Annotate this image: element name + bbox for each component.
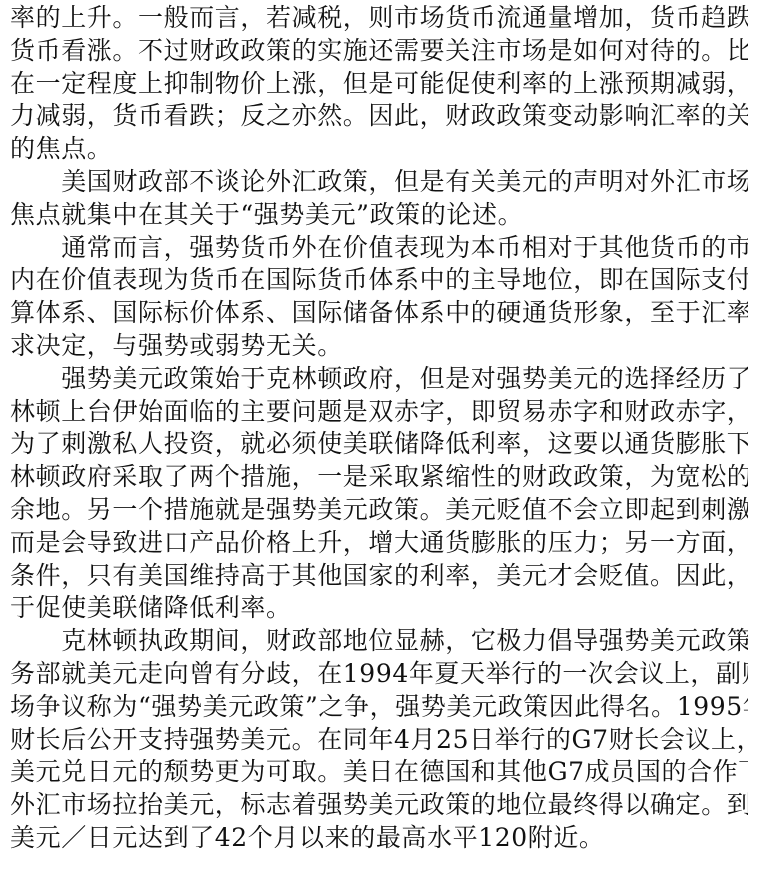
text-line: 财长后公开支持强势美元。在同年4月25日举行的G7财长会议上，鲁宾宣称扭转 (10, 724, 748, 757)
text-line: 的焦点。 (10, 133, 748, 166)
text-line: 而是会导致进口产品价格上升，增大通货膨胀的压力；另一方面，根据利率平价 (10, 527, 748, 560)
text-line: 焦点就集中在其关于“强势美元”政策的论述。 (10, 199, 748, 232)
text-line: 内在价值表现为货币在国际货币体系中的主导地位，即在国际支付体系、国际清 (10, 264, 748, 297)
text-line: 通常而言，强势货币外在价值表现为本币相对于其他货币的市场汇率升贬， (10, 232, 748, 265)
text-line: 林顿政府采取了两个措施，一是采取紧缩性的财政政策，为宽松的货币政策留下 (10, 461, 748, 494)
text-line: 条件，只有美国维持高于其他国家的利率，美元才会贬值。因此，弱势美元不利 (10, 560, 748, 593)
text-line: 外汇市场拉抬美元，标志着强势美元政策的地位最终得以确定。到 1996年11月， (10, 789, 748, 822)
text-line: 余地。另一个措施就是强势美元政策。美元贬值不会立即起到刺激出口的作用， (10, 494, 748, 527)
text-line: 力减弱，货币看跌；反之亦然。因此，财政政策变动影响汇率的关键是关注市场 (10, 100, 748, 133)
text-line: 货币看涨。不过财政政策的实施还需要关注市场是如何对待的。比如增税可能会 (10, 35, 748, 68)
text-line: 为了刺激私人投资，就必须使美联储降低利率，这要以通货膨胀下降为前提。克 (10, 428, 748, 461)
text-line: 克林顿执政期间，财政部地位显赫，它极力倡导强势美元政策。财政部与商 (10, 625, 748, 658)
text-line: 务部就美元走向曾有分歧，在1994年夏天举行的一次会议上，副财长阿特曼将这 (10, 658, 748, 691)
paragraph-5: 克林顿执政期间，财政部地位显赫，它极力倡导强势美元政策。财政部与商 务部就美元走… (10, 625, 748, 855)
paragraph-4: 强势美元政策始于克林顿政府，但是对强势美元的选择经历了一个过程。克 林顿上台伊始… (10, 363, 748, 625)
document-page: 率的上升。一般而言，若减税，则市场货币流通量增加，货币趋跌；若增税，则 货币看涨… (10, 2, 748, 855)
text-line: 算体系、国际标价体系、国际储备体系中的硬通货形象，至于汇率升跌是市场需 (10, 297, 748, 330)
text-line: 求决定，与强势或弱势无关。 (10, 330, 748, 363)
text-line: 于促使美联储降低利率。 (10, 592, 748, 625)
paragraph-3: 通常而言，强势货币外在价值表现为本币相对于其他货币的市场汇率升贬， 内在价值表现… (10, 232, 748, 363)
text-line: 率的上升。一般而言，若减税，则市场货币流通量增加，货币趋跌；若增税，则 (10, 2, 748, 35)
paragraph-1: 率的上升。一般而言，若减税，则市场货币流通量增加，货币趋跌；若增税，则 货币看涨… (10, 2, 748, 166)
text-line: 在一定程度上抑制物价上涨，但是可能促使利率的上涨预期减弱，导致货币吸引 (10, 68, 748, 101)
text-line: 美元兑日元的颓势更为可取。美日在德国和其他G7成员国的合作下，联手干预 (10, 756, 748, 789)
text-line: 强势美元政策始于克林顿政府，但是对强势美元的选择经历了一个过程。克 (10, 363, 748, 396)
paragraph-2: 美国财政部不谈论外汇政策，但是有关美元的声明对外汇市场有重要影响， 焦点就集中在… (10, 166, 748, 232)
text-line: 美元／日元达到了42个月以来的最高水平120附近。 (10, 822, 748, 855)
text-line: 美国财政部不谈论外汇政策，但是有关美元的声明对外汇市场有重要影响， (10, 166, 748, 199)
text-line: 场争议称为“强势美元政策”之争，强势美元政策因此得名。1995年初鲁宾接任 (10, 691, 748, 724)
text-line: 林顿上台伊始面临的主要问题是双赤字，即贸易赤字和财政赤字，以及经济疲弱。 (10, 396, 748, 429)
